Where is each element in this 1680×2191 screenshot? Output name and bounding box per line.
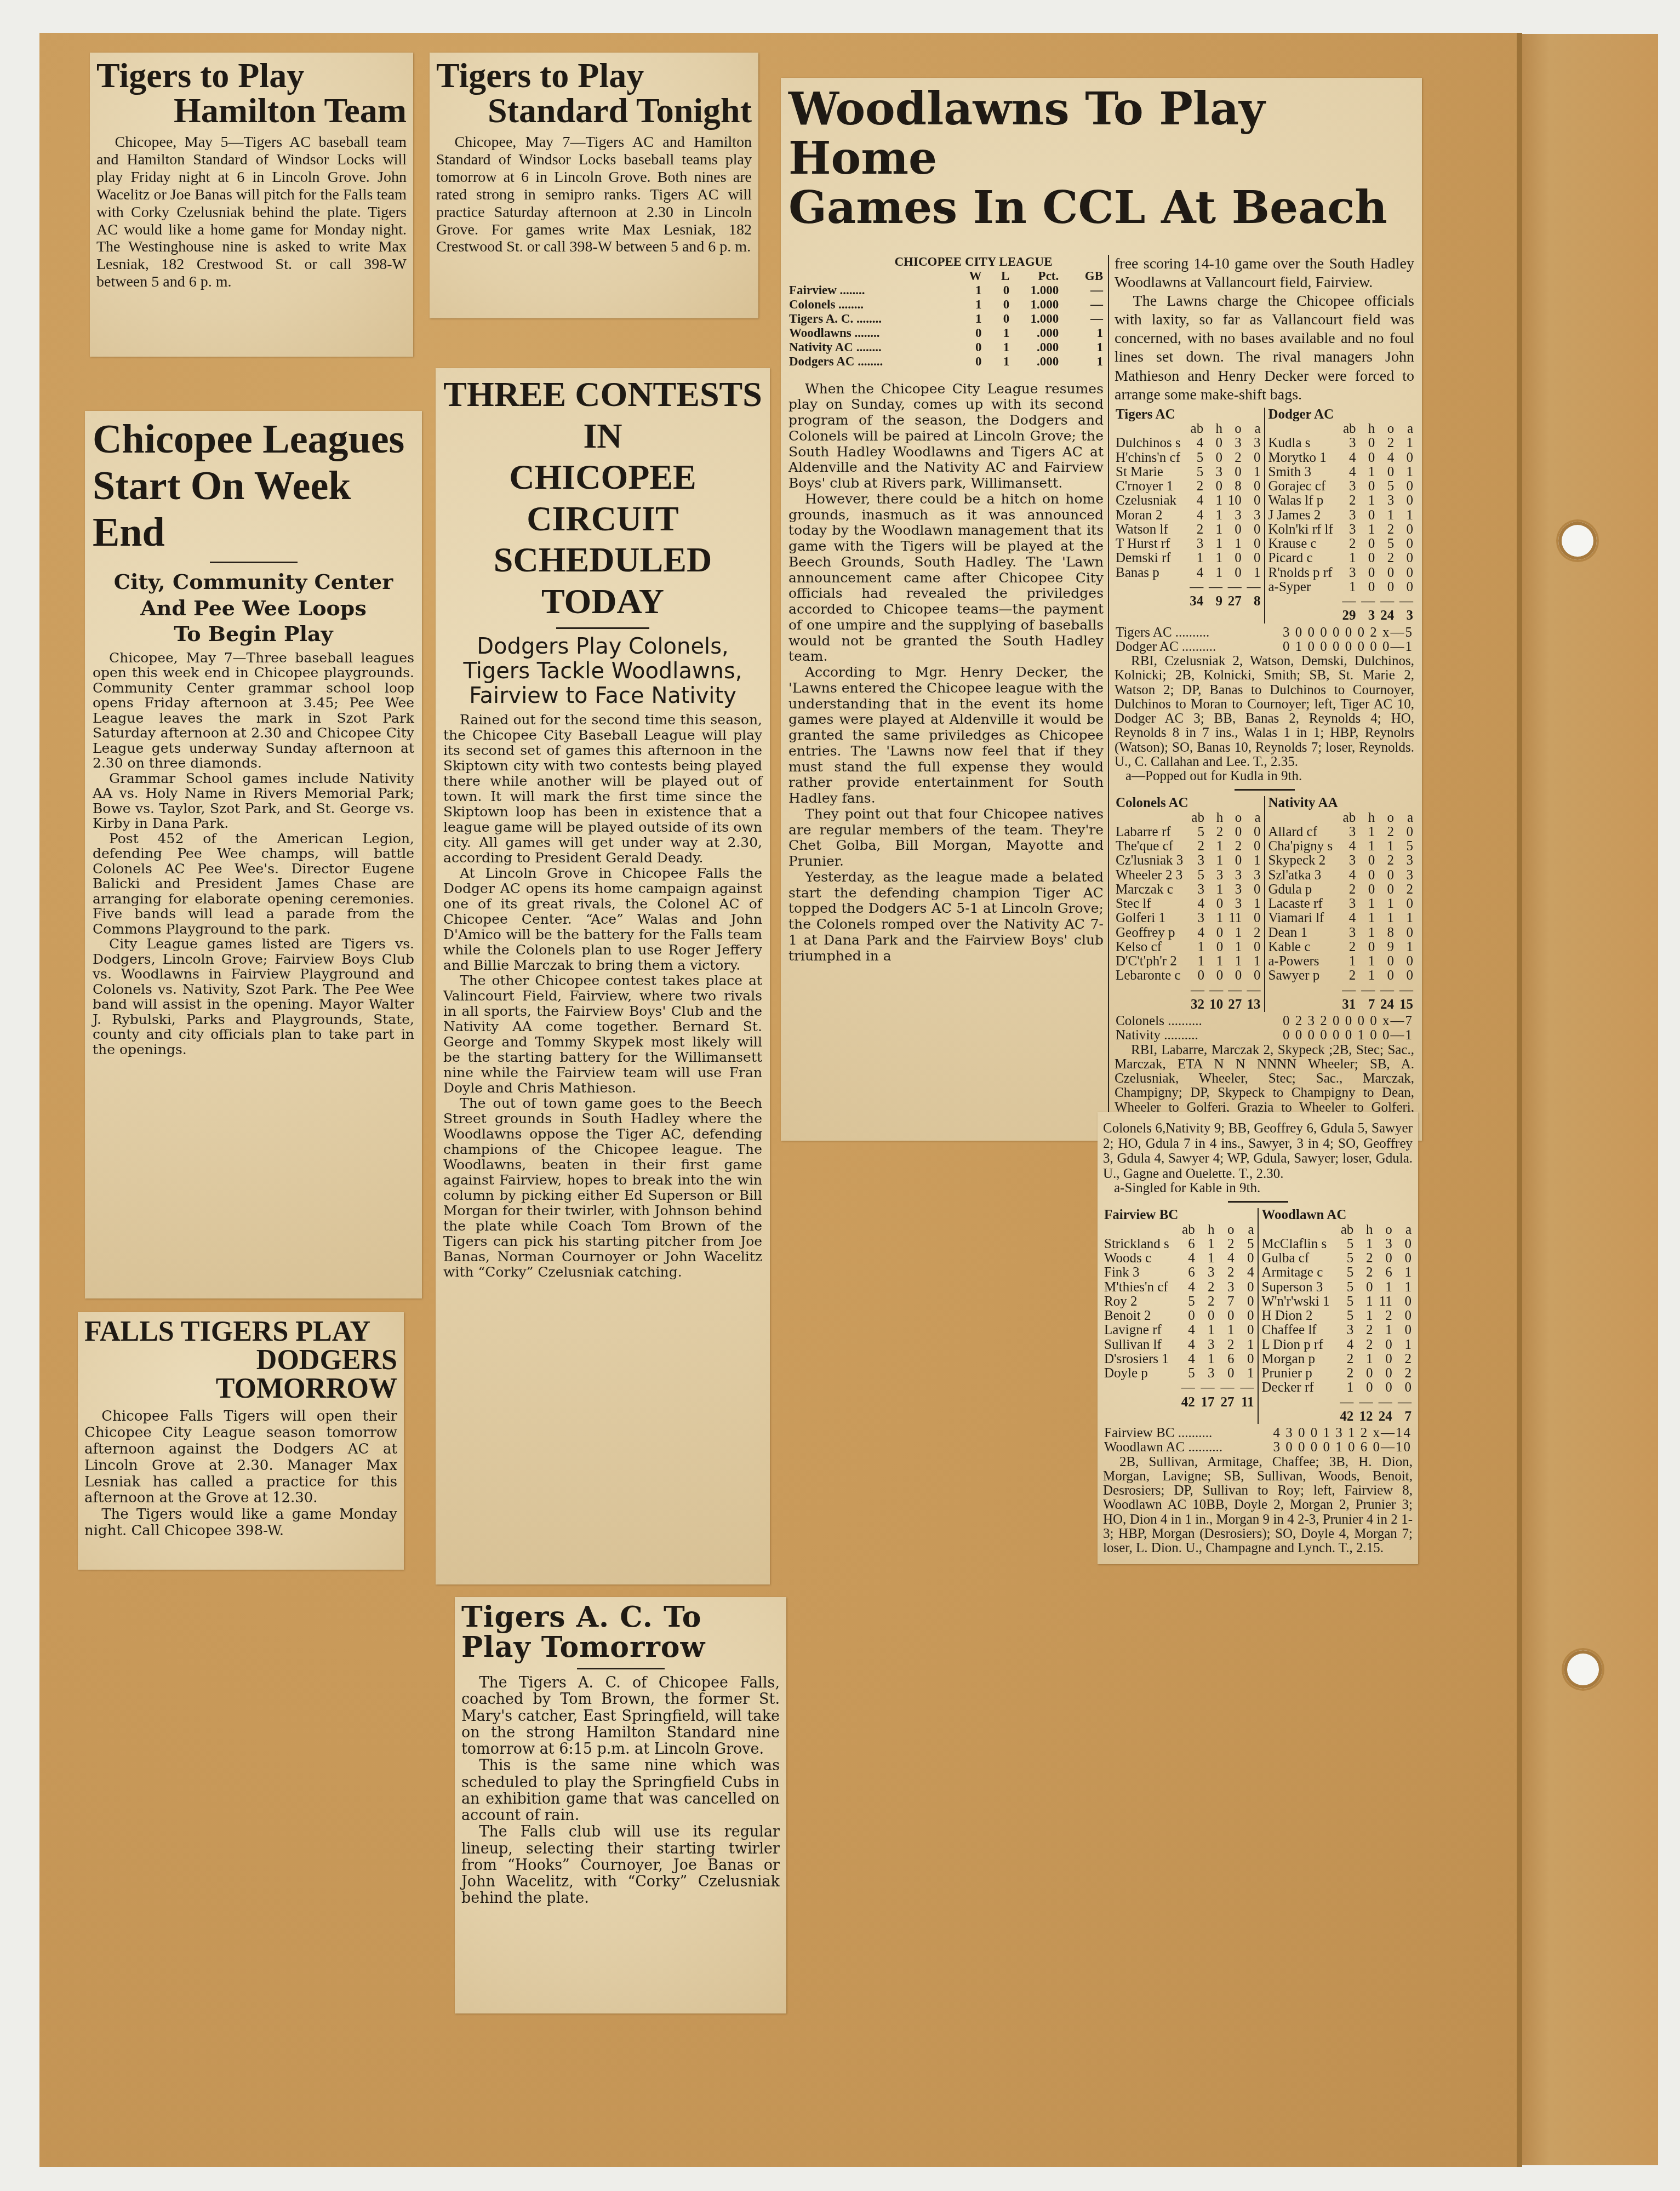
stat-value: 1 — [1243, 954, 1261, 969]
stat-value: 3 — [1243, 436, 1262, 450]
stat-value: 3 — [1338, 436, 1357, 450]
stat-value: 0 — [1224, 969, 1243, 983]
stat-value: 1 — [1355, 1352, 1374, 1366]
stat-value: 3 — [1395, 868, 1414, 883]
stat-header: o — [1374, 1223, 1393, 1237]
wins: 0 — [947, 340, 982, 354]
paragraph: According to Mgr. Henry Decker, the 'Law… — [788, 665, 1104, 806]
totals-row: 3172415 — [1267, 998, 1415, 1012]
player-name: H Dion 2 — [1261, 1309, 1336, 1323]
team-name: Colonels .......... — [1115, 1014, 1233, 1028]
headline-line-2: CHICOPEE CIRCUIT — [443, 456, 762, 539]
headline-line-1: Tigers to Play — [96, 58, 407, 93]
stat-value: 0 — [1205, 969, 1224, 983]
player-name: Kudla s — [1267, 436, 1338, 450]
paragraph: However, there could be a hitch on home … — [788, 491, 1104, 665]
paragraph: The Tigers would like a game Monday nigh… — [84, 1507, 397, 1540]
stat-value: 1 — [1204, 494, 1224, 508]
stat-value: 5 — [1376, 537, 1395, 551]
pct: 1.000 — [1010, 283, 1059, 298]
stat-value: 1 — [1335, 1381, 1355, 1395]
stat-value: 0 — [1374, 1366, 1393, 1381]
player-row: T Hurst rf3110 — [1115, 537, 1262, 551]
stat-value: 0 — [1204, 436, 1224, 450]
player-name: Koln'ki rf lf — [1267, 523, 1338, 537]
stat-header: h — [1205, 811, 1224, 825]
lineup-table: Colonels ACabhoaLabarre rf5200The'que cf… — [1115, 796, 1262, 1012]
stat-value: 0 — [1243, 537, 1262, 551]
stat-value: 5 — [1376, 479, 1395, 494]
player-row: Kudla s3021 — [1267, 436, 1415, 450]
stat-header: h — [1357, 811, 1376, 825]
stat-value: 0 — [1236, 1251, 1255, 1266]
stat-value: 1 — [1205, 911, 1224, 925]
stat-value: 5 — [1335, 1309, 1355, 1323]
stat-value: 1 — [1338, 580, 1357, 594]
stat-value: 2 — [1374, 1309, 1393, 1323]
stat-value: 3 — [1187, 854, 1205, 868]
stat-value: 0 — [1376, 883, 1395, 897]
stat-value: 4 — [1216, 1251, 1236, 1266]
stat-value: 0 — [1376, 868, 1395, 883]
standings-row: Fairview ........101.000— — [788, 283, 1104, 298]
paragraph: Post 452 of the American Legion, defendi… — [93, 831, 414, 937]
stat-value: 7 — [1216, 1295, 1236, 1309]
paragraph: When the Chicopee City League resumes pl… — [788, 381, 1104, 491]
stat-value: 1 — [1395, 940, 1414, 954]
player-name: H'chins'n cf — [1115, 451, 1185, 465]
stat-value: 9 — [1376, 940, 1395, 954]
stat-value: 0 — [1357, 537, 1376, 551]
clipping-hamilton-team: Tigers to Play Hamilton Team Chicopee, M… — [90, 53, 413, 357]
stat-header: a — [1236, 1223, 1255, 1237]
total-value: 31 — [1338, 998, 1357, 1012]
total-value: 42 — [1176, 1395, 1196, 1410]
player-row: Stec lf4031 — [1115, 897, 1262, 911]
stat-header: ab — [1185, 422, 1204, 436]
paragraph: Chicopee, May 7—Tigers AC and Hamilton S… — [436, 134, 752, 256]
paragraph: The Tigers A. C. of Chicopee Falls, coac… — [461, 1675, 780, 1758]
team-name: Fairview ........ — [788, 283, 947, 298]
box-score-summary-continued: Colonels 6,Nativity 9; BB, Geoffrey 6, G… — [1103, 1121, 1413, 1181]
player-name: Gdula p — [1267, 883, 1338, 897]
stat-value: 1 — [1216, 1323, 1236, 1337]
games-back: 1 — [1059, 340, 1104, 354]
stat-header: ab — [1338, 422, 1357, 436]
line-score: Fairview BC ..........4 3 0 0 1 3 1 2 x—… — [1103, 1426, 1413, 1455]
stat-value: 1 — [1357, 926, 1376, 940]
stat-value: 1 — [1243, 897, 1261, 911]
stat-value: 4 — [1338, 868, 1357, 883]
stat-value: 1 — [1204, 566, 1224, 580]
totals-row: 4212247 — [1261, 1410, 1413, 1424]
stat-value: 3 — [1224, 868, 1243, 883]
stat-value: 3 — [1187, 911, 1205, 925]
stat-value: 0 — [1395, 969, 1414, 983]
pct: 1.000 — [1010, 298, 1059, 312]
stat-value: 2 — [1393, 1366, 1413, 1381]
player-row: D'C't'ph'r 21111 — [1115, 954, 1262, 969]
line-score-row: Nativity ..........0 0 0 0 0 0 1 0 0—1 — [1115, 1028, 1414, 1043]
games-back: 1 — [1059, 354, 1104, 369]
stat-value: 0 — [1224, 551, 1243, 565]
divider — [210, 562, 298, 563]
stat-value: 2 — [1216, 1266, 1236, 1280]
player-name: The'que cf — [1115, 839, 1187, 854]
stat-header: h — [1204, 422, 1224, 436]
player-name: Morytko 1 — [1267, 451, 1338, 465]
stat-header: a — [1395, 811, 1414, 825]
standings-row: Tigers A. C. ........101.000— — [788, 312, 1104, 326]
innings: 0 0 0 0 0 0 1 0 0—1 — [1233, 1028, 1414, 1043]
stat-value: 5 — [1176, 1295, 1196, 1309]
player-name: T Hurst rf — [1115, 537, 1185, 551]
stat-value: 0 — [1374, 1352, 1393, 1366]
player-row: L Dion p rf4201 — [1261, 1338, 1413, 1352]
player-name: Prunier p — [1261, 1366, 1336, 1381]
player-name: Picard c — [1267, 551, 1338, 565]
stat-value: 1 — [1393, 1280, 1413, 1295]
stat-header: ab — [1335, 1223, 1355, 1237]
player-row: R'nolds p rf3000 — [1267, 566, 1415, 580]
stat-value: 2 — [1355, 1266, 1374, 1280]
team-name: Woodlawn AC .......... — [1103, 1440, 1245, 1455]
stat-value: 0 — [1395, 523, 1414, 537]
team-name: Nativity .......... — [1115, 1028, 1233, 1043]
player-row: Krause c2050 — [1267, 537, 1415, 551]
player-name: C'rnoyer 1 — [1115, 479, 1185, 494]
headline-line-3: SCHEDULED TODAY — [443, 539, 762, 622]
lineup-table: Dodger ACabhoaKudla s3021Morytko 14040Sm… — [1267, 408, 1415, 623]
stat-value: 1 — [1205, 883, 1224, 897]
player-row: Czelusniak41100 — [1115, 494, 1262, 508]
player-name: Sawyer p — [1267, 969, 1338, 983]
player-name: Wheeler 2 3 — [1115, 868, 1187, 883]
stat-value: 1 — [1196, 1352, 1216, 1366]
stat-value: 5 — [1335, 1266, 1355, 1280]
divider — [1228, 1201, 1288, 1203]
stat-value: 5 — [1236, 1237, 1255, 1251]
stat-value: 0 — [1357, 566, 1376, 580]
team-name: Fairview BC — [1103, 1208, 1255, 1222]
stat-value: 1 — [1205, 839, 1224, 854]
stat-value: 0 — [1355, 1280, 1374, 1295]
stat-value: 1 — [1395, 465, 1414, 479]
stat-value: 2 — [1196, 1295, 1216, 1309]
stat-value: 1 — [1357, 465, 1376, 479]
player-row: Gorajec cf3050 — [1267, 479, 1415, 494]
paragraph: They point out that four Chicopee native… — [788, 806, 1104, 869]
losses: 0 — [982, 312, 1010, 326]
stat-value: 1 — [1236, 1366, 1255, 1381]
stat-header: h — [1355, 1223, 1374, 1237]
stat-value: 1 — [1204, 523, 1224, 537]
wins: 1 — [947, 312, 982, 326]
stat-value: 0 — [1393, 1237, 1413, 1251]
player-name: Benoit 2 — [1103, 1309, 1176, 1323]
player-name: Skypeck 2 — [1267, 854, 1338, 868]
lineup-table: Nativity AAabhoaAllard cf3120Cha'pigny s… — [1267, 796, 1415, 1012]
divider — [1235, 789, 1295, 791]
stat-value: 1 — [1357, 523, 1376, 537]
player-row: Roy 25270 — [1103, 1295, 1255, 1309]
stat-value: 1 — [1204, 551, 1224, 565]
stat-value: 0 — [1236, 1309, 1255, 1323]
player-name: Kelso cf — [1115, 940, 1187, 954]
player-name: Dulchinos s — [1115, 436, 1185, 450]
stat-value: 0 — [1395, 451, 1414, 465]
headline: Tigers A. C. To Play Tomorrow — [461, 1603, 780, 1662]
subheadline-line: City, Community Center — [93, 569, 414, 595]
paragraph: The Lawns charge the Chicopee officials … — [1115, 292, 1414, 404]
total-value: 24 — [1376, 998, 1395, 1012]
team-name: Woodlawn AC — [1261, 1208, 1413, 1222]
stat-value: 1 — [1376, 897, 1395, 911]
player-row: The'que cf2120 — [1115, 839, 1262, 854]
stat-value: 0 — [1243, 969, 1261, 983]
article-body: Chicopee, May 7—Three baseball leagues o… — [93, 650, 414, 1057]
stat-value: 4 — [1338, 911, 1357, 925]
total-value: 7 — [1393, 1410, 1413, 1424]
stat-value: 1 — [1224, 954, 1243, 969]
player-name: Krause c — [1267, 537, 1338, 551]
player-row: M'thies'n cf4230 — [1103, 1280, 1255, 1295]
player-row: Lacaste rf3110 — [1267, 897, 1415, 911]
stat-value: 1 — [1395, 911, 1414, 925]
stat-value: 3 — [1243, 868, 1261, 883]
stat-header: a — [1243, 422, 1262, 436]
stat-value: 0 — [1376, 580, 1395, 594]
player-row: Lavigne rf4110 — [1103, 1323, 1255, 1337]
player-row: Szl'atka 34003 — [1267, 868, 1415, 883]
box-score-summary: 2B, Sullivan, Armitage, Chaffee; 3B, H. … — [1103, 1455, 1413, 1556]
standings-row: Nativity AC ........01.0001 — [788, 340, 1104, 354]
innings: 3 0 0 0 0 0 0 2 x—5 — [1244, 626, 1414, 640]
stat-value: 3 — [1338, 479, 1357, 494]
stat-value: 3 — [1338, 825, 1357, 839]
stat-value: 0 — [1395, 897, 1414, 911]
article-body-right: free scoring 14-10 game over the South H… — [1115, 255, 1414, 404]
headline-line-2: Hamilton Team — [96, 93, 407, 128]
stat-header: o — [1224, 811, 1243, 825]
paragraph: Rained out for the second time this seas… — [443, 712, 762, 866]
stat-value: 0 — [1216, 1309, 1236, 1323]
stat-header: a — [1393, 1223, 1413, 1237]
total-value: 34 — [1185, 594, 1204, 609]
stat-value: 0 — [1395, 494, 1414, 508]
stat-value: 4 — [1376, 451, 1395, 465]
stat-value: 0 — [1204, 451, 1224, 465]
paragraph: The other Chicopee contest takes place a… — [443, 973, 762, 1096]
clipping-three-contests: THREE CONTESTS IN CHICOPEE CIRCUIT SCHED… — [436, 368, 770, 1584]
player-name: Cha'pigny s — [1267, 839, 1338, 854]
stat-value: 4 — [1338, 465, 1357, 479]
stat-header: o — [1224, 422, 1243, 436]
stat-value: 6 — [1176, 1266, 1196, 1280]
article-body: Chicopee, May 5—Tigers AC baseball team … — [96, 134, 407, 291]
stat-value: 4 — [1185, 508, 1204, 523]
team-name: Dodger AC — [1267, 408, 1415, 422]
totals-row: 32102713 — [1115, 998, 1262, 1012]
stat-value: 11 — [1224, 911, 1243, 925]
binding-fold — [1517, 33, 1522, 2167]
team-name: Tigers AC — [1115, 408, 1262, 422]
stat-value: 4 — [1176, 1280, 1196, 1295]
stat-value: 2 — [1355, 1323, 1374, 1337]
stat-value: 4 — [1185, 494, 1204, 508]
article-body: Chicopee Falls Tigers will open their Ch… — [84, 1409, 397, 1540]
stat-value: 5 — [1185, 451, 1204, 465]
paragraph: Chicopee, May 7—Three baseball leagues o… — [93, 650, 414, 771]
player-row: Doyle p5301 — [1103, 1366, 1255, 1381]
total-value: 32 — [1187, 998, 1205, 1012]
headline-line-1: Tigers to Play — [436, 58, 752, 93]
clipping-falls-tigers: FALLS TIGERS PLAY DODGERS TOMORROW Chico… — [78, 1312, 404, 1570]
total-value: 3 — [1357, 609, 1376, 623]
stat-value: 3 — [1335, 1323, 1355, 1337]
stat-value: 0 — [1376, 969, 1395, 983]
totals-row: 293243 — [1267, 609, 1415, 623]
headline-line-2: DODGERS TOMORROW — [84, 1346, 397, 1403]
stat-value: 1 — [1393, 1338, 1413, 1352]
player-name: Marczak c — [1115, 883, 1187, 897]
stat-value: 1 — [1376, 508, 1395, 523]
stat-header: o — [1376, 811, 1395, 825]
line-score-row: Dodger AC ..........0 1 0 0 0 0 0 0 0—1 — [1115, 640, 1414, 654]
team-name: Fairview BC .......... — [1103, 1426, 1245, 1440]
stat-value: 1 — [1376, 839, 1395, 854]
column-header: GB — [1059, 269, 1104, 283]
stat-value: 1 — [1204, 508, 1224, 523]
total-value: 29 — [1338, 609, 1357, 623]
stat-value: 0 — [1205, 897, 1224, 911]
totals-row: 349278 — [1115, 594, 1262, 609]
stat-value: 3 — [1205, 868, 1224, 883]
stat-value: 5 — [1335, 1280, 1355, 1295]
player-name: Kable c — [1267, 940, 1338, 954]
stat-value: 3 — [1196, 1338, 1216, 1352]
player-name: Walas lf p — [1267, 494, 1338, 508]
stat-value: 0 — [1355, 1366, 1374, 1381]
stat-value: 3 — [1376, 494, 1395, 508]
paragraph: The out of town game goes to the Beech S… — [443, 1096, 762, 1280]
article-body: Rained out for the second time this seas… — [443, 712, 762, 1280]
losses: 1 — [982, 340, 1010, 354]
player-name: Geoffrey p — [1115, 926, 1187, 940]
stat-value: 4 — [1236, 1266, 1255, 1280]
stat-value: 4 — [1176, 1323, 1196, 1337]
stat-value: 3 — [1395, 854, 1414, 868]
stat-value: 0 — [1376, 566, 1395, 580]
stat-value: 3 — [1338, 926, 1357, 940]
player-name: Woods c — [1103, 1251, 1176, 1266]
standings-header: WLPct.GB — [788, 269, 1104, 283]
stat-value: 0 — [1243, 825, 1261, 839]
stat-value: 1 — [1357, 839, 1376, 854]
team-name: Tigers AC .......... — [1115, 626, 1244, 640]
stat-value: 1 — [1205, 854, 1224, 868]
stat-value: 3 — [1187, 883, 1205, 897]
stat-header: o — [1376, 422, 1395, 436]
stat-value: 1 — [1395, 508, 1414, 523]
clipping-standard-tonight: Tigers to Play Standard Tonight Chicopee… — [430, 53, 758, 318]
player-row: Geoffrey p4012 — [1115, 926, 1262, 940]
stat-value: 0 — [1357, 508, 1376, 523]
team-name: Dodgers AC ........ — [788, 354, 947, 369]
games-back: — — [1059, 312, 1104, 326]
team-name: Nativity AC ........ — [788, 340, 947, 354]
stat-value: 0 — [1374, 1251, 1393, 1266]
total-value: 3 — [1395, 609, 1414, 623]
player-name: Szl'atka 3 — [1267, 868, 1338, 883]
stat-value: 1 — [1205, 954, 1224, 969]
player-row: Strickland s6125 — [1103, 1237, 1255, 1251]
player-row: Allard cf3120 — [1267, 825, 1415, 839]
player-name: W'n'r'wski 1 — [1261, 1295, 1336, 1309]
line-score-row: Tigers AC ..........3 0 0 0 0 0 0 2 x—5 — [1115, 626, 1414, 640]
player-row: C'rnoyer 12080 — [1115, 479, 1262, 494]
stat-value: 1 — [1187, 954, 1205, 969]
player-name: Stec lf — [1115, 897, 1187, 911]
stat-value: 0 — [1376, 465, 1395, 479]
stat-value: 1 — [1224, 926, 1243, 940]
standings-row: Colonels ........101.000— — [788, 298, 1104, 312]
player-name: Sullivan lf — [1103, 1338, 1176, 1352]
innings: 3 0 0 0 0 1 0 6 0—10 — [1245, 1440, 1413, 1455]
line-score-row: Woodlawn AC ..........3 0 0 0 0 1 0 6 0—… — [1103, 1440, 1413, 1455]
subheadline-line: To Begin Play — [93, 621, 414, 647]
stat-value: 2 — [1205, 825, 1224, 839]
stat-value: 0 — [1393, 1295, 1413, 1309]
player-row: D'srosiers 14160 — [1103, 1352, 1255, 1366]
player-row: Woods c4140 — [1103, 1251, 1255, 1266]
player-row: Dean 13180 — [1267, 926, 1415, 940]
player-name: Gulba cf — [1261, 1251, 1336, 1266]
stat-value: 1 — [1185, 551, 1204, 565]
stat-value: 0 — [1395, 580, 1414, 594]
player-row: Cz'lusniak 33101 — [1115, 854, 1262, 868]
stat-value: 3 — [1196, 1266, 1216, 1280]
stat-value: 5 — [1187, 868, 1205, 883]
total-value: 11 — [1236, 1395, 1255, 1410]
player-row: McClaflin s5130 — [1261, 1237, 1413, 1251]
stat-value: 3 — [1338, 854, 1357, 868]
stat-value: 2 — [1376, 854, 1395, 868]
stat-value: 2 — [1376, 551, 1395, 565]
stat-value: 0 — [1236, 1352, 1255, 1366]
stat-value: 3 — [1196, 1366, 1216, 1381]
stat-value: 0 — [1205, 940, 1224, 954]
games-back: — — [1059, 298, 1104, 312]
stat-value: 2 — [1224, 839, 1243, 854]
stat-value: 0 — [1243, 451, 1262, 465]
stat-value: 5 — [1335, 1237, 1355, 1251]
stat-value: 4 — [1176, 1251, 1196, 1266]
stat-value: 4 — [1176, 1352, 1196, 1366]
stat-header: ab — [1187, 811, 1205, 825]
subheadline: Dodgers Play Colonels, Tigers Tackle Woo… — [443, 634, 762, 708]
stat-value: 3 — [1338, 897, 1357, 911]
headline-line-2: Start On Week End — [93, 463, 414, 556]
stat-value: 1 — [1357, 969, 1376, 983]
pct: .000 — [1010, 354, 1059, 369]
stat-value: 1 — [1224, 537, 1243, 551]
player-name: Demski rf — [1115, 551, 1185, 565]
stat-value: 0 — [1393, 1251, 1413, 1266]
total-value: 27 — [1216, 1395, 1236, 1410]
player-row: Koln'ki rf lf3120 — [1267, 523, 1415, 537]
wins: 0 — [947, 326, 982, 340]
